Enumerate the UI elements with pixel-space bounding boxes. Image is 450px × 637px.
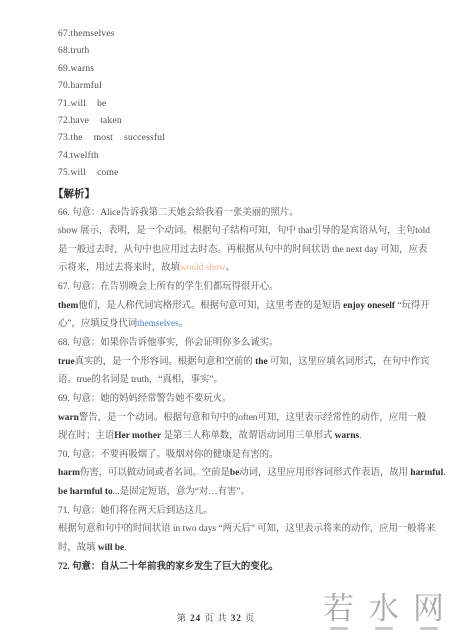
analysis-line: 示将来，用过去将来时，故填would show。 — [58, 259, 420, 278]
analysis-text: warns — [335, 431, 359, 441]
analysis-text: be — [230, 468, 239, 478]
analysis-line: them他们，是人称代词宾格形式。根据句意可知，这里考查的是短语 enjoy o… — [58, 297, 420, 316]
analysis-text: be harmful to — [58, 487, 113, 497]
watermark-char: 水 — [368, 593, 399, 630]
analysis-line: 根据句意和句中的时间状语 in two days “两天后” 可知，这里表示将来… — [58, 520, 420, 539]
watermark-glyph: 若 — [323, 593, 354, 624]
watermark-subtext — [375, 627, 393, 630]
answer-item: 73.themostsuccessful — [58, 133, 420, 150]
answer-text: will — [70, 99, 86, 109]
answer-item: 72.havetaken — [58, 116, 420, 133]
analysis-line: warn警告，是一个动词。根据句意和句中的often可知，这里表示经常性的动作，… — [58, 409, 420, 428]
analysis-text: 警告，是一个动词。根据句意和句中的often可知，这里表示经常性的动作，应用一般 — [79, 413, 426, 423]
answer-number: 74. — [58, 151, 70, 161]
answer-text: be — [97, 99, 106, 109]
analysis-line: 66. 句意：Alice告诉我第二天她会给我看一张美丽的照片。 — [58, 204, 420, 223]
watermark-subtext — [330, 627, 348, 630]
answer-text: will — [70, 168, 86, 178]
watermark-glyph: 网 — [413, 593, 444, 624]
analysis-text: harmful — [410, 468, 443, 478]
analysis-text: . — [359, 431, 361, 441]
analysis-text: would show — [180, 263, 226, 273]
watermark: 若水网 — [323, 593, 444, 630]
analysis-text: the — [255, 357, 268, 367]
page-number-text: 页 共 — [201, 613, 231, 623]
analysis-text: 动词，这里应用形容词形式作表语，故用 — [239, 468, 410, 478]
analysis-text: harm — [58, 468, 80, 478]
analysis-text: 他们，是人称代词宾格形式。根据句意可知，这里考查的是短语 — [78, 301, 343, 311]
answer-text: come — [97, 168, 118, 178]
analysis-line: 语。true的名词是 truth，“真相，事实”。 — [58, 371, 420, 390]
answer-number: 75. — [58, 168, 70, 178]
answer-item: 74.twelfth — [58, 151, 420, 168]
analysis-text: will be — [98, 543, 124, 553]
analysis-line: 现在时；主语Her mother 是第三人称单数，故谓语动词用三单形式 warn… — [58, 427, 420, 446]
answer-text: warns — [70, 64, 94, 74]
analysis-text: 根据句意和句中的时间状语 in two days “两天后” 可知，这里表示将来… — [58, 524, 435, 534]
analysis-text: ...是固定短语，意为“对…有害”。 — [113, 487, 250, 497]
analysis-text: themselves — [137, 319, 179, 329]
analysis-text: 是第三人称单数，故谓语动词用三单形式 — [161, 431, 334, 441]
page-number-text: 页 — [242, 613, 255, 623]
analysis-line: 70. 句意：不要再吸烟了。吸烟对你的健康是有害的。 — [58, 446, 420, 465]
answer-item: 67.themselves — [58, 29, 420, 46]
analysis-line: 69. 句意：她的妈妈经常警告她不要玩火。 — [58, 390, 420, 409]
answer-number: 70. — [58, 81, 70, 91]
analysis-line: 71. 句意：她们将在两天后到达这儿。 — [58, 502, 420, 521]
answer-text: themselves — [70, 29, 114, 39]
watermark-char: 网 — [413, 593, 444, 630]
analysis-text: 69. 句意：她的妈妈经常警告她不要玩火。 — [58, 394, 231, 404]
answer-item: 68.truth — [58, 46, 420, 63]
page-number: 第 24 页 共 32 页 — [177, 613, 255, 623]
analysis-text: 可知，这里应填名词形式，在句中作宾 — [268, 357, 430, 367]
answer-number: 73. — [58, 133, 70, 143]
analysis-text: 70. 句意：不要再吸烟了。吸烟对你的健康是有害的。 — [58, 450, 278, 460]
analysis-text: 现在时；主语 — [58, 431, 114, 441]
answer-number: 67. — [58, 29, 70, 39]
analysis-text: . — [124, 543, 126, 553]
analysis-text: 67. 句意：在告别晚会上所有的学生们都玩得很开心。 — [58, 282, 278, 292]
analysis-text: 示将来，用过去将来时，故填 — [58, 263, 180, 273]
answer-text: twelfth — [70, 151, 98, 161]
answer-number: 68. — [58, 46, 70, 56]
answer-number: 72. — [58, 116, 70, 126]
analysis-text: . — [443, 468, 445, 478]
analysis-line: 是一般过去时，从句中也应用过去时态。再根据从句中的时间状语 the next d… — [58, 241, 420, 260]
analysis-body: 66. 句意：Alice告诉我第二天她会给我看一张美丽的照片。show 展示，表… — [58, 204, 420, 577]
analysis-line: 时，故填 will be. — [58, 539, 420, 558]
answer-text: successful — [124, 133, 165, 143]
answer-list: 67.themselves68.truth69.warns70.harmful7… — [58, 29, 420, 186]
analysis-text: 72. 句意：自从二十年前我的家乡发生了巨大的变化。 — [58, 562, 278, 572]
watermark-glyph: 水 — [368, 593, 399, 624]
analysis-text: 伤害，可以做动词或者名词。空前是 — [80, 468, 230, 478]
answer-item: 75.willcome — [58, 168, 420, 185]
page-number-text: 24 — [190, 613, 201, 623]
analysis-line: 68. 句意：如果你告诉他事实，你会证明你多么诚实。 — [58, 334, 420, 353]
analysis-text: 71. 句意：她们将在两天后到达这儿。 — [58, 506, 213, 516]
answer-text: most — [94, 133, 113, 143]
analysis-text: “玩得开 — [395, 301, 430, 311]
analysis-line: be harmful to...是固定短语，意为“对…有害”。 — [58, 483, 420, 502]
analysis-header: 【解析】 — [53, 186, 420, 204]
analysis-text: 时，故填 — [58, 543, 98, 553]
answer-text: have — [70, 116, 89, 126]
analysis-line: show 展示，表明，是一个动词。根据句子结构可知，句中 that引导的是宾语从… — [58, 222, 420, 241]
analysis-text: 。 — [225, 263, 234, 273]
answer-item: 69.warns — [58, 64, 420, 81]
watermark-char: 若 — [323, 593, 354, 630]
analysis-text: 是一般过去时，从句中也应用过去时态。再根据从句中的时间状语 the next d… — [58, 245, 427, 255]
answer-text: the — [70, 133, 82, 143]
analysis-text: 语。true的名词是 truth，“真相，事实”。 — [58, 375, 223, 385]
analysis-text: 68. 句意：如果你告诉他事实，你会证明你多么诚实。 — [58, 338, 278, 348]
analysis-text: show 展示，表明，是一个动词。根据句子结构可知，句中 that引导的是宾语从… — [58, 226, 430, 236]
answer-text: taken — [100, 116, 122, 126]
answer-text: truth — [70, 46, 89, 56]
answer-number: 69. — [58, 64, 70, 74]
page-number-text: 第 — [177, 613, 190, 623]
watermark-subtext — [420, 627, 438, 630]
analysis-line: 心”，应填反身代词themselves。 — [58, 315, 420, 334]
analysis-text: 心”，应填反身代词 — [58, 319, 137, 329]
analysis-text: Her mother — [114, 431, 161, 441]
analysis-line: true真实的，是一个形容词。根据句意和空前的 the 可知，这里应填名词形式，… — [58, 353, 420, 372]
analysis-line: 72. 句意：自从二十年前我的家乡发生了巨大的变化。 — [58, 558, 420, 577]
analysis-text: enjoy oneself — [343, 301, 395, 311]
analysis-line: 67. 句意：在告别晚会上所有的学生们都玩得很开心。 — [58, 278, 420, 297]
analysis-text: 66. 句意：Alice告诉我第二天她会给我看一张美丽的照片。 — [58, 208, 299, 218]
answer-item: 71.willbe — [58, 99, 420, 116]
analysis-text: 。 — [179, 319, 188, 329]
analysis-text: them — [58, 301, 78, 311]
answer-text: harmful — [70, 81, 101, 91]
document-page: 67.themselves68.truth69.warns70.harmful7… — [0, 0, 450, 576]
page-number-text: 32 — [231, 613, 242, 623]
analysis-line: harm伤害，可以做动词或者名词。空前是be动词，这里应用形容词形式作表语，故用… — [58, 464, 420, 483]
analysis-text: warn — [58, 413, 79, 423]
analysis-text: true — [58, 357, 75, 367]
answer-number: 71. — [58, 99, 70, 109]
analysis-text: 真实的，是一个形容词。根据句意和空前的 — [75, 357, 255, 367]
answer-item: 70.harmful — [58, 81, 420, 98]
